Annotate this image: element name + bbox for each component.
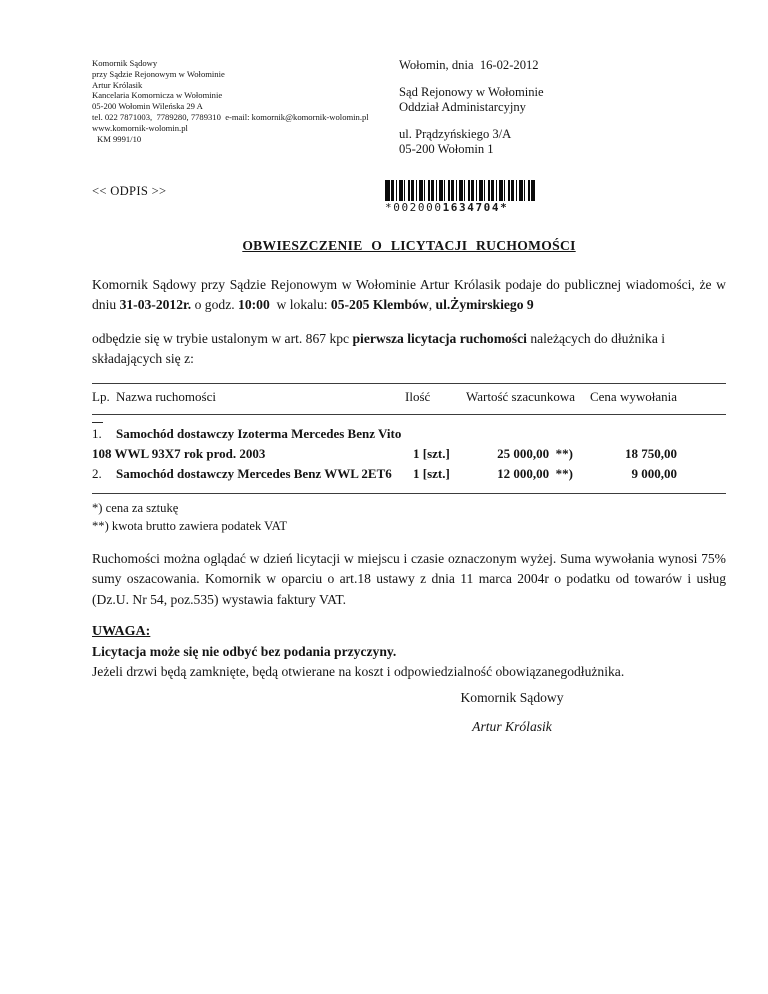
document-title: OBWIESZCZENIE O LICYTACJI RUCHOMOŚCI <box>92 238 726 254</box>
col-header-price: Cena wywołania <box>587 389 726 405</box>
sender-line: przy Sądzie Rejonowym w Wołominie <box>92 69 399 80</box>
sender-line-contact: tel. 022 7871003, 7789280, 7789310 e-mai… <box>92 112 399 123</box>
sender-line: Kancelaria Komornicza w Wołominie <box>92 90 399 101</box>
barcode-number-prefix: *002000 <box>385 201 443 214</box>
recipient-address-line: ul. Prądzyńskiego 3/A <box>399 127 544 143</box>
table-body: 1. Samochód dostawczy Izoterma Mercedes … <box>92 422 726 493</box>
odpis-row: << ODPIS >> *0020001634704* <box>92 184 726 222</box>
item-qty: 1 [szt.] <box>413 466 450 481</box>
signature-name: Artur Królasik <box>412 719 612 735</box>
auction-time: 10:00 <box>238 297 270 312</box>
items-table: Lp. Nazwa ruchomości Ilość Wartość szacu… <box>92 383 726 494</box>
intro-paragraph: Komornik Sądowy przy Sądzie Rejonowym w … <box>92 275 726 316</box>
signature-role: Komornik Sądowy <box>412 690 612 706</box>
row-lp: 2. <box>92 464 116 484</box>
item-qty: 1 [szt.] <box>413 446 450 461</box>
footnote: **) kwota brutto zawiera podatek VAT <box>92 517 726 536</box>
case-number: KM 9991/10 <box>92 134 399 145</box>
item-name-continued: 108 WWL 93X7 rok prod. 2003 <box>92 446 265 461</box>
viewing-paragraph: Ruchomości można oglądać w dzień licytac… <box>92 549 726 611</box>
recipient-court-line: Sąd Rejonowy w Wołominie <box>399 85 544 101</box>
auction-type: pierwsza licytacja ruchomości <box>353 331 527 346</box>
mode-text: odbędzie się w trybie ustalonym w art. 8… <box>92 331 353 346</box>
mode-paragraph: odbędzie się w trybie ustalonym w art. 8… <box>92 329 726 370</box>
recipient-address-line: 05-200 Wołomin 1 <box>399 142 544 158</box>
row-lp: 1. <box>92 424 116 444</box>
document-page: Komornik Sądowy przy Sądzie Rejonowym w … <box>0 0 768 994</box>
table-row: 108 WWL 93X7 rok prod. 2003 1 [szt.] 25 … <box>92 444 726 464</box>
table-rule-mid <box>92 414 726 415</box>
barcode: *0020001634704* <box>385 180 535 214</box>
notice-bold-line: Licytacja może się nie odbyć bez podania… <box>92 642 726 662</box>
recipient-court-line: Oddział Administarcyjny <box>399 100 544 116</box>
signature-block: Komornik Sądowy Artur Królasik <box>412 690 612 735</box>
col-header-lp: Lp. <box>92 389 116 405</box>
table-row: 1. Samochód dostawczy Izoterma Mercedes … <box>92 424 726 444</box>
date-line: Wołomin, dnia 16-02-2012 <box>399 58 544 74</box>
sender-website: www.komornik-wolomin.pl <box>92 123 399 134</box>
item-name: Samochód dostawczy Mercedes Benz WWL 2ET… <box>116 464 392 484</box>
sender-line: 05-200 Wołomin Wileńska 29 A <box>92 101 399 112</box>
recipient-block: Wołomin, dnia 16-02-2012 Sąd Rejonowy w … <box>399 58 544 158</box>
auction-street: ul.Żymirskiego 9 <box>436 297 534 312</box>
item-call-price: 18 750,00 <box>625 446 677 461</box>
intro-text: , <box>429 297 436 312</box>
item-name: Samochód dostawczy Izoterma Mercedes Ben… <box>116 424 401 444</box>
sender-line: Artur Królasik <box>92 80 399 91</box>
auction-town: 05-205 Klembów <box>331 297 429 312</box>
item-estimate: 25 000,00 **) <box>497 446 573 461</box>
sender-line: Komornik Sądowy <box>92 58 399 69</box>
item-call-price: 9 000,00 <box>632 466 678 481</box>
notice-line: Jeżeli drzwi będą zamknięte, będą otwier… <box>92 662 726 682</box>
intro-text: o godz. <box>191 297 238 312</box>
sender-block: Komornik Sądowy przy Sądzie Rejonowym w … <box>92 58 399 158</box>
row-marker-dash <box>92 422 103 423</box>
barcode-number-bold: 1634704* <box>443 201 509 214</box>
table-row: 2. Samochód dostawczy Mercedes Benz WWL … <box>92 464 726 484</box>
col-header-name: Nazwa ruchomości <box>116 389 216 405</box>
letterhead: Komornik Sądowy przy Sądzie Rejonowym w … <box>92 58 726 158</box>
notice-block: UWAGA: Licytacja może się nie odbyć bez … <box>92 622 726 682</box>
item-estimate: 12 000,00 **) <box>497 466 573 481</box>
col-header-value: Wartość szacunkowa <box>466 389 587 405</box>
table-rule-bottom <box>92 493 726 494</box>
col-header-qty: Ilość <box>405 389 466 405</box>
barcode-number: *0020001634704* <box>385 201 535 214</box>
footnotes: *) cena za sztukę **) kwota brutto zawie… <box>92 499 726 536</box>
footnote: *) cena za sztukę <box>92 499 726 518</box>
auction-date: 31-03-2012r. <box>120 297 192 312</box>
table-header-row: Lp. Nazwa ruchomości Ilość Wartość szacu… <box>92 384 726 414</box>
notice-heading: UWAGA: <box>92 622 726 642</box>
intro-text: w lokalu: <box>270 297 331 312</box>
barcode-image <box>385 180 535 201</box>
